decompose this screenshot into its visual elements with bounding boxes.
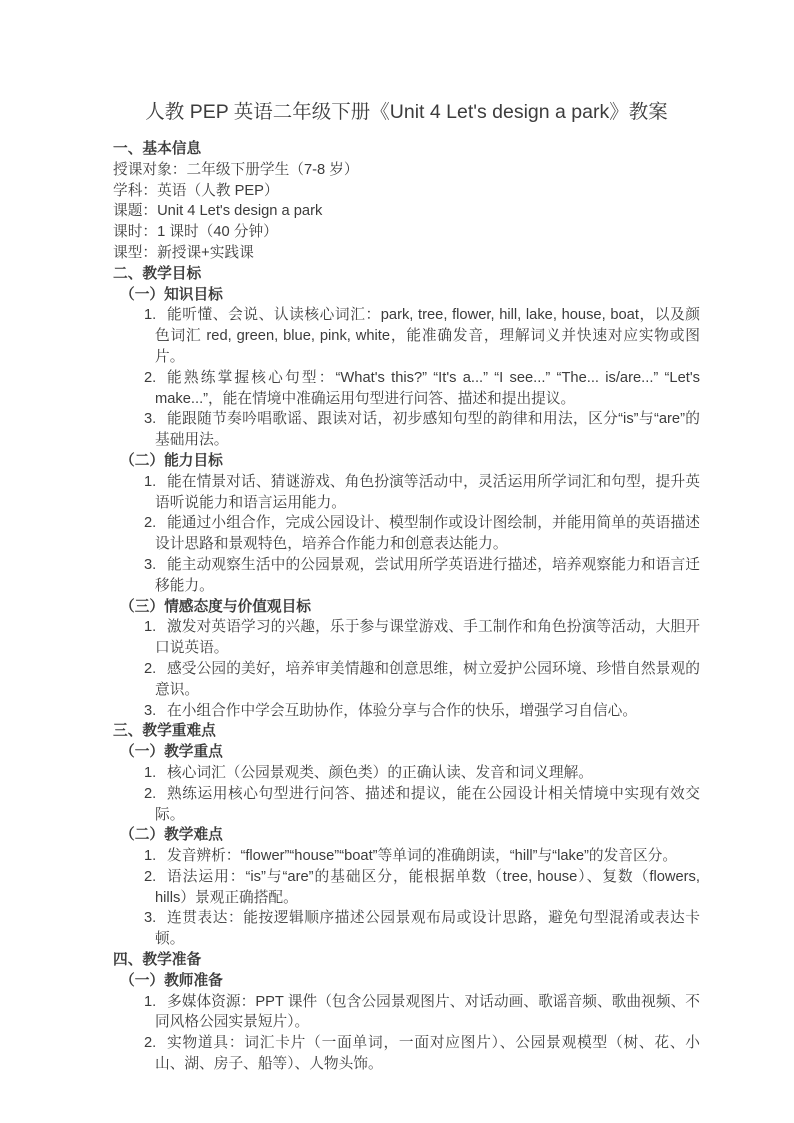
info-line-lesson-type: 课型：新授课+实践课 <box>113 243 700 264</box>
list-item: 在小组合作中学会互助协作，体验分享与合作的快乐，增强学习自信心。 <box>113 701 700 722</box>
list-item: 能主动观察生活中的公园景观，尝试用所学英语进行描述，培养观察能力和语言迁移能力。 <box>113 555 700 597</box>
subsection-heading-ability-goals: （二）能力目标 <box>113 451 700 472</box>
knowledge-goals-list: 能听懂、会说、认读核心词汇：park, tree, flower, hill, … <box>113 305 700 451</box>
list-item: 实物道具：词汇卡片（一面单词，一面对应图片）、公园景观模型（树、花、小山、湖、房… <box>113 1033 700 1075</box>
subsection-heading-emotion-goals: （三）情感态度与价值观目标 <box>113 597 700 618</box>
section-heading-key-difficult-points: 三、教学重难点 <box>113 721 700 742</box>
list-item: 能在情景对话、猜谜游戏、角色扮演等活动中，灵活运用所学词汇和句型，提升英语听说能… <box>113 472 700 514</box>
subsection-heading-key-points: （一）教学重点 <box>113 742 700 763</box>
teacher-preparation-list: 多媒体资源：PPT 课件（包含公园景观图片、对话动画、歌谣音频、歌曲视频、不同风… <box>113 992 700 1075</box>
list-item: 能听懂、会说、认读核心词汇：park, tree, flower, hill, … <box>113 305 700 367</box>
list-item: 连贯表达：能按逻辑顺序描述公园景观布局或设计思路，避免句型混淆或表达卡顿。 <box>113 908 700 950</box>
list-item: 多媒体资源：PPT 课件（包含公园景观图片、对话动画、歌谣音频、歌曲视频、不同风… <box>113 992 700 1034</box>
list-item: 激发对英语学习的兴趣，乐于参与课堂游戏、手工制作和角色扮演等活动，大胆开口说英语… <box>113 617 700 659</box>
subsection-heading-teacher-preparation: （一）教师准备 <box>113 971 700 992</box>
section-heading-basic-info: 一、基本信息 <box>113 139 700 160</box>
list-item: 能通过小组合作，完成公园设计、模型制作或设计图绘制，并能用简单的英语描述设计思路… <box>113 513 700 555</box>
subsection-heading-difficult-points: （二）教学难点 <box>113 825 700 846</box>
info-line-audience: 授课对象：二年级下册学生（7-8 岁） <box>113 160 700 181</box>
ability-goals-list: 能在情景对话、猜谜游戏、角色扮演等活动中，灵活运用所学词汇和句型，提升英语听说能… <box>113 472 700 597</box>
list-item: 能跟随节奏吟唱歌谣、跟读对话，初步感知句型的韵律和用法，区分“is”与“are”… <box>113 409 700 451</box>
difficult-points-list: 发音辨析：“flower”“house”“boat”等单词的准确朗读，“hill… <box>113 846 700 950</box>
list-item: 发音辨析：“flower”“house”“boat”等单词的准确朗读，“hill… <box>113 846 700 867</box>
doc-title: 人教 PEP 英语二年级下册《Unit 4 Let's design a par… <box>113 97 700 127</box>
key-points-list: 核心词汇（公园景观类、颜色类）的正确认读、发音和词义理解。 熟练运用核心句型进行… <box>113 763 700 825</box>
list-item: 感受公园的美好，培养审美情趣和创意思维，树立爱护公园环境、珍惜自然景观的意识。 <box>113 659 700 701</box>
document-page: 人教 PEP 英语二年级下册《Unit 4 Let's design a par… <box>0 0 794 1123</box>
section-heading-teaching-preparation: 四、教学准备 <box>113 950 700 971</box>
list-item: 能熟练掌握核心句型：“What's this?” “It's a...” “I … <box>113 368 700 410</box>
list-item: 核心词汇（公园景观类、颜色类）的正确认读、发音和词义理解。 <box>113 763 700 784</box>
info-line-subject: 学科：英语（人教 PEP） <box>113 181 700 202</box>
list-item: 语法运用：“is”与“are”的基础区分，能根据单数（tree, house）、… <box>113 867 700 909</box>
section-heading-teaching-goals: 二、教学目标 <box>113 264 700 285</box>
info-line-duration: 课时：1 课时（40 分钟） <box>113 222 700 243</box>
list-item: 熟练运用核心句型进行问答、描述和提议，能在公园设计相关情境中实现有效交际。 <box>113 784 700 826</box>
emotion-goals-list: 激发对英语学习的兴趣，乐于参与课堂游戏、手工制作和角色扮演等活动，大胆开口说英语… <box>113 617 700 721</box>
subsection-heading-knowledge-goals: （一）知识目标 <box>113 285 700 306</box>
info-line-topic: 课题：Unit 4 Let's design a park <box>113 201 700 222</box>
